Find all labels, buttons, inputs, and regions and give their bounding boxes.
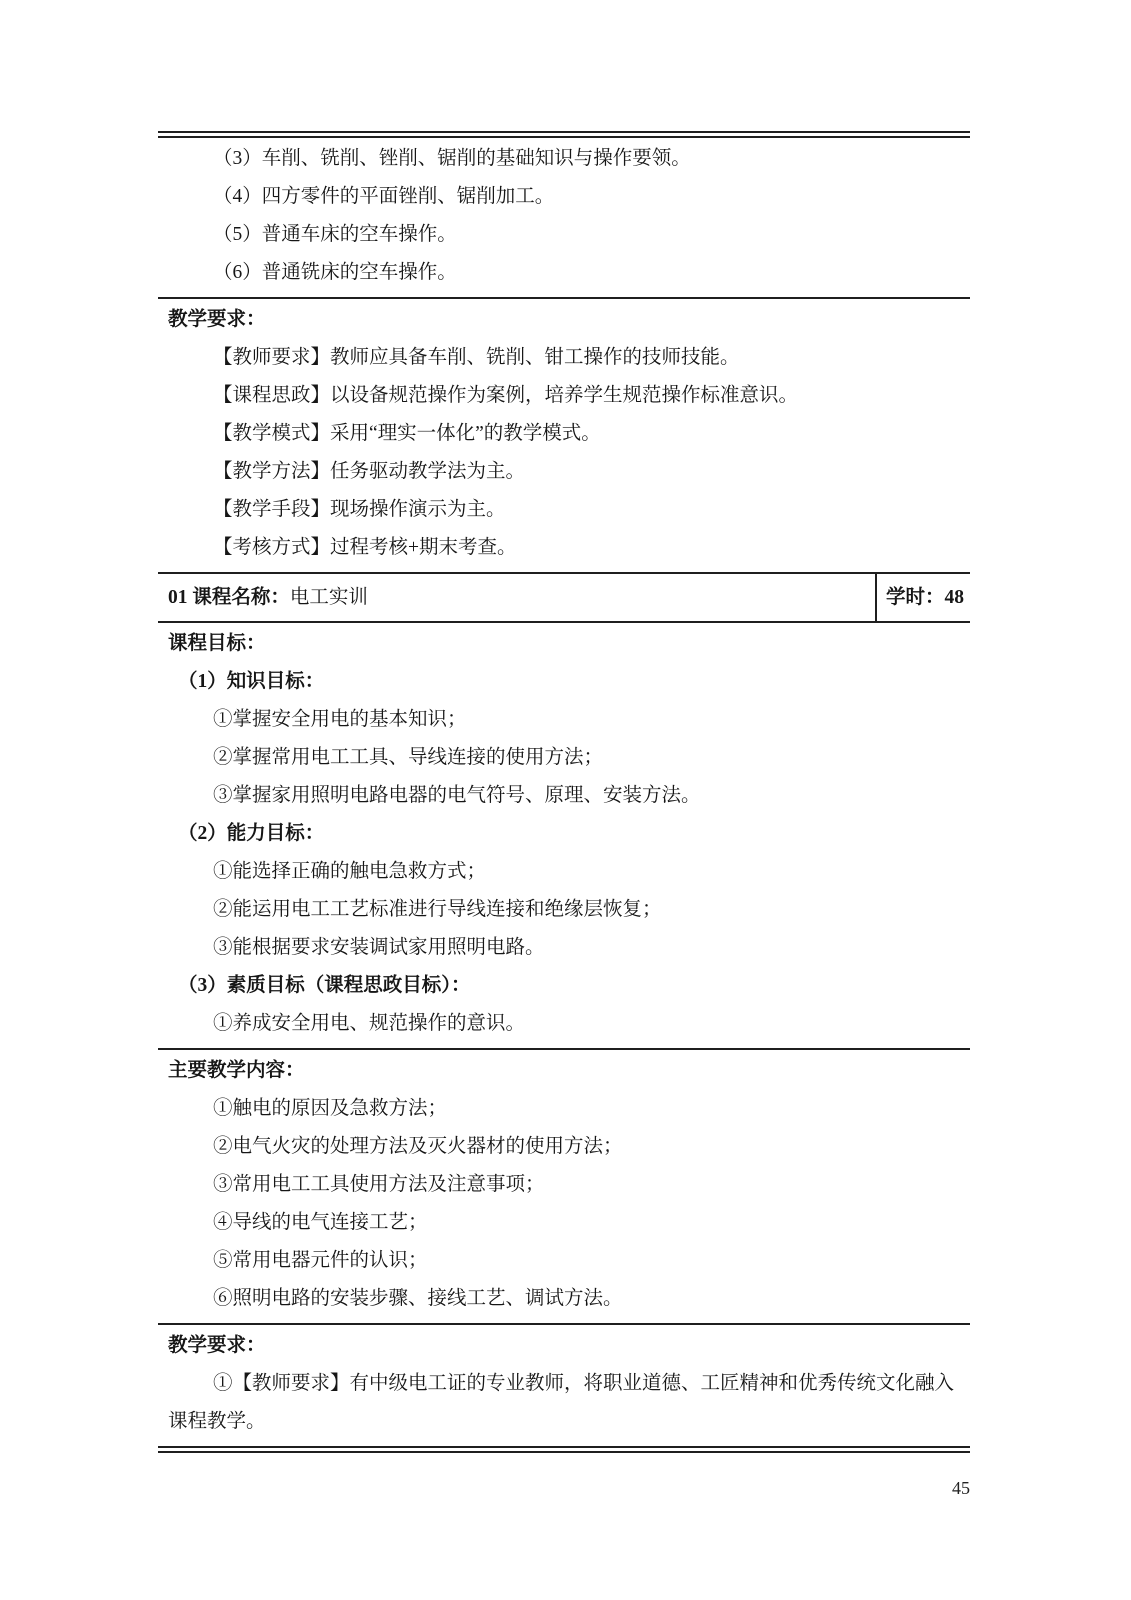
requirement-item: 【教学方法】任务驱动教学法为主。	[158, 453, 970, 491]
course-name-cell: 01 课程名称：电工实训	[158, 574, 875, 621]
section-heading: 教学要求：	[158, 1327, 970, 1365]
objective-group-title: （1）知识目标：	[158, 663, 970, 701]
objective-group-title: （2）能力目标：	[158, 815, 970, 853]
list-item: （3）车削、铣削、锉削、锯削的基础知识与操作要领。	[158, 140, 970, 178]
objective-group: （2）能力目标： ①能选择正确的触电急救方式；②能运用电工工艺标准进行导线连接和…	[158, 815, 970, 967]
content-item: ①触电的原因及急救方法；	[158, 1090, 970, 1128]
section-heading: 课程目标：	[158, 625, 970, 663]
page-number: 45	[158, 1478, 970, 1499]
section-course-objectives: 课程目标： （1）知识目标： ①掌握安全用电的基本知识；②掌握常用电工工具、导线…	[158, 623, 970, 1048]
requirement-item-list: ①【教师要求】有中级电工证的专业教师，将职业道德、工匠精神和优秀传统文化融入课程…	[158, 1365, 970, 1441]
requirement-item: 【教学模式】采用“理实一体化”的教学模式。	[158, 415, 970, 453]
content-item: ⑤常用电器元件的认识；	[158, 1242, 970, 1280]
objective-group: （3）素质目标（课程思政目标）： ①养成安全用电、规范操作的意识。	[158, 967, 970, 1043]
content-item: ②电气火灾的处理方法及灭火器材的使用方法；	[158, 1128, 970, 1166]
requirement-item: 【考核方式】过程考核+期末考查。	[158, 529, 970, 567]
course-header-row: 01 课程名称：电工实训 学时：48	[158, 572, 970, 623]
document-page: { "document": { "continued_items": [ "（3…	[0, 0, 1131, 1600]
section-teaching-requirements-bottom: 教学要求： ①【教师要求】有中级电工证的专业教师，将职业道德、工匠精神和优秀传统…	[158, 1323, 970, 1446]
objective-group: （1）知识目标： ①掌握安全用电的基本知识；②掌握常用电工工具、导线连接的使用方…	[158, 663, 970, 815]
objective-item: ③能根据要求安装调试家用照明电路。	[158, 929, 970, 967]
section-heading: 主要教学内容：	[158, 1052, 970, 1090]
objective-item: ①养成安全用电、规范操作的意识。	[158, 1005, 970, 1043]
list-item: （5）普通车床的空车操作。	[158, 216, 970, 254]
requirement-item: 【教师要求】教师应具备车削、铣削、钳工操作的技师技能。	[158, 339, 970, 377]
content-item: ④导线的电气连接工艺；	[158, 1204, 970, 1242]
requirement-item: 【课程思政】以设备规范操作为案例，培养学生规范操作标准意识。	[158, 377, 970, 415]
course-hours-label: 学时：	[886, 579, 945, 617]
objective-group-title: （3）素质目标（课程思政目标）：	[158, 967, 970, 1005]
course-hours-cell: 学时：48	[875, 574, 970, 621]
syllabus-table: （3）车削、铣削、锉削、锯削的基础知识与操作要领。（4）四方零件的平面锉削、锯削…	[158, 131, 970, 1453]
section-heading: 教学要求：	[158, 301, 970, 339]
continued-item-list: （3）车削、铣削、锉削、锯削的基础知识与操作要领。（4）四方零件的平面锉削、锯削…	[158, 140, 970, 292]
objective-item-list: ①养成安全用电、规范操作的意识。	[158, 1005, 970, 1043]
objective-item: ①能选择正确的触电急救方式；	[158, 853, 970, 891]
objective-group-list: （1）知识目标： ①掌握安全用电的基本知识；②掌握常用电工工具、导线连接的使用方…	[158, 663, 970, 1043]
requirement-item-list: 【教师要求】教师应具备车削、铣削、钳工操作的技师技能。【课程思政】以设备规范操作…	[158, 339, 970, 567]
content-item-list: ①触电的原因及急救方法；②电气火灾的处理方法及灭火器材的使用方法；③常用电工工具…	[158, 1090, 970, 1318]
course-hours-value: 48	[945, 579, 965, 617]
course-name-value: 电工实训	[290, 579, 368, 617]
list-item: （4）四方零件的平面锉削、锯削加工。	[158, 178, 970, 216]
objective-item-list: ①掌握安全用电的基本知识；②掌握常用电工工具、导线连接的使用方法；③掌握家用照明…	[158, 701, 970, 815]
objective-item: ③掌握家用照明电路电器的电气符号、原理、安装方法。	[158, 777, 970, 815]
objective-item-list: ①能选择正确的触电急救方式；②能运用电工工艺标准进行导线连接和绝缘层恢复；③能根…	[158, 853, 970, 967]
list-item: （6）普通铣床的空车操作。	[158, 254, 970, 292]
section-continued-practice-items: （3）车削、铣削、锉削、锯削的基础知识与操作要领。（4）四方零件的平面锉削、锯削…	[158, 138, 970, 297]
requirement-item: 【教学手段】现场操作演示为主。	[158, 491, 970, 529]
objective-item: ②能运用电工工艺标准进行导线连接和绝缘层恢复；	[158, 891, 970, 929]
course-name-label: 01 课程名称：	[168, 579, 290, 617]
content-item: ⑥照明电路的安装步骤、接线工艺、调试方法。	[158, 1280, 970, 1318]
objective-item: ②掌握常用电工工具、导线连接的使用方法；	[158, 739, 970, 777]
section-teaching-requirements-top: 教学要求： 【教师要求】教师应具备车削、铣削、钳工操作的技师技能。【课程思政】以…	[158, 297, 970, 572]
content-item: ③常用电工工具使用方法及注意事项；	[158, 1166, 970, 1204]
objective-item: ①掌握安全用电的基本知识；	[158, 701, 970, 739]
section-main-teaching-content: 主要教学内容： ①触电的原因及急救方法；②电气火灾的处理方法及灭火器材的使用方法…	[158, 1048, 970, 1323]
requirement-item: ①【教师要求】有中级电工证的专业教师，将职业道德、工匠精神和优秀传统文化融入课程…	[158, 1365, 970, 1441]
